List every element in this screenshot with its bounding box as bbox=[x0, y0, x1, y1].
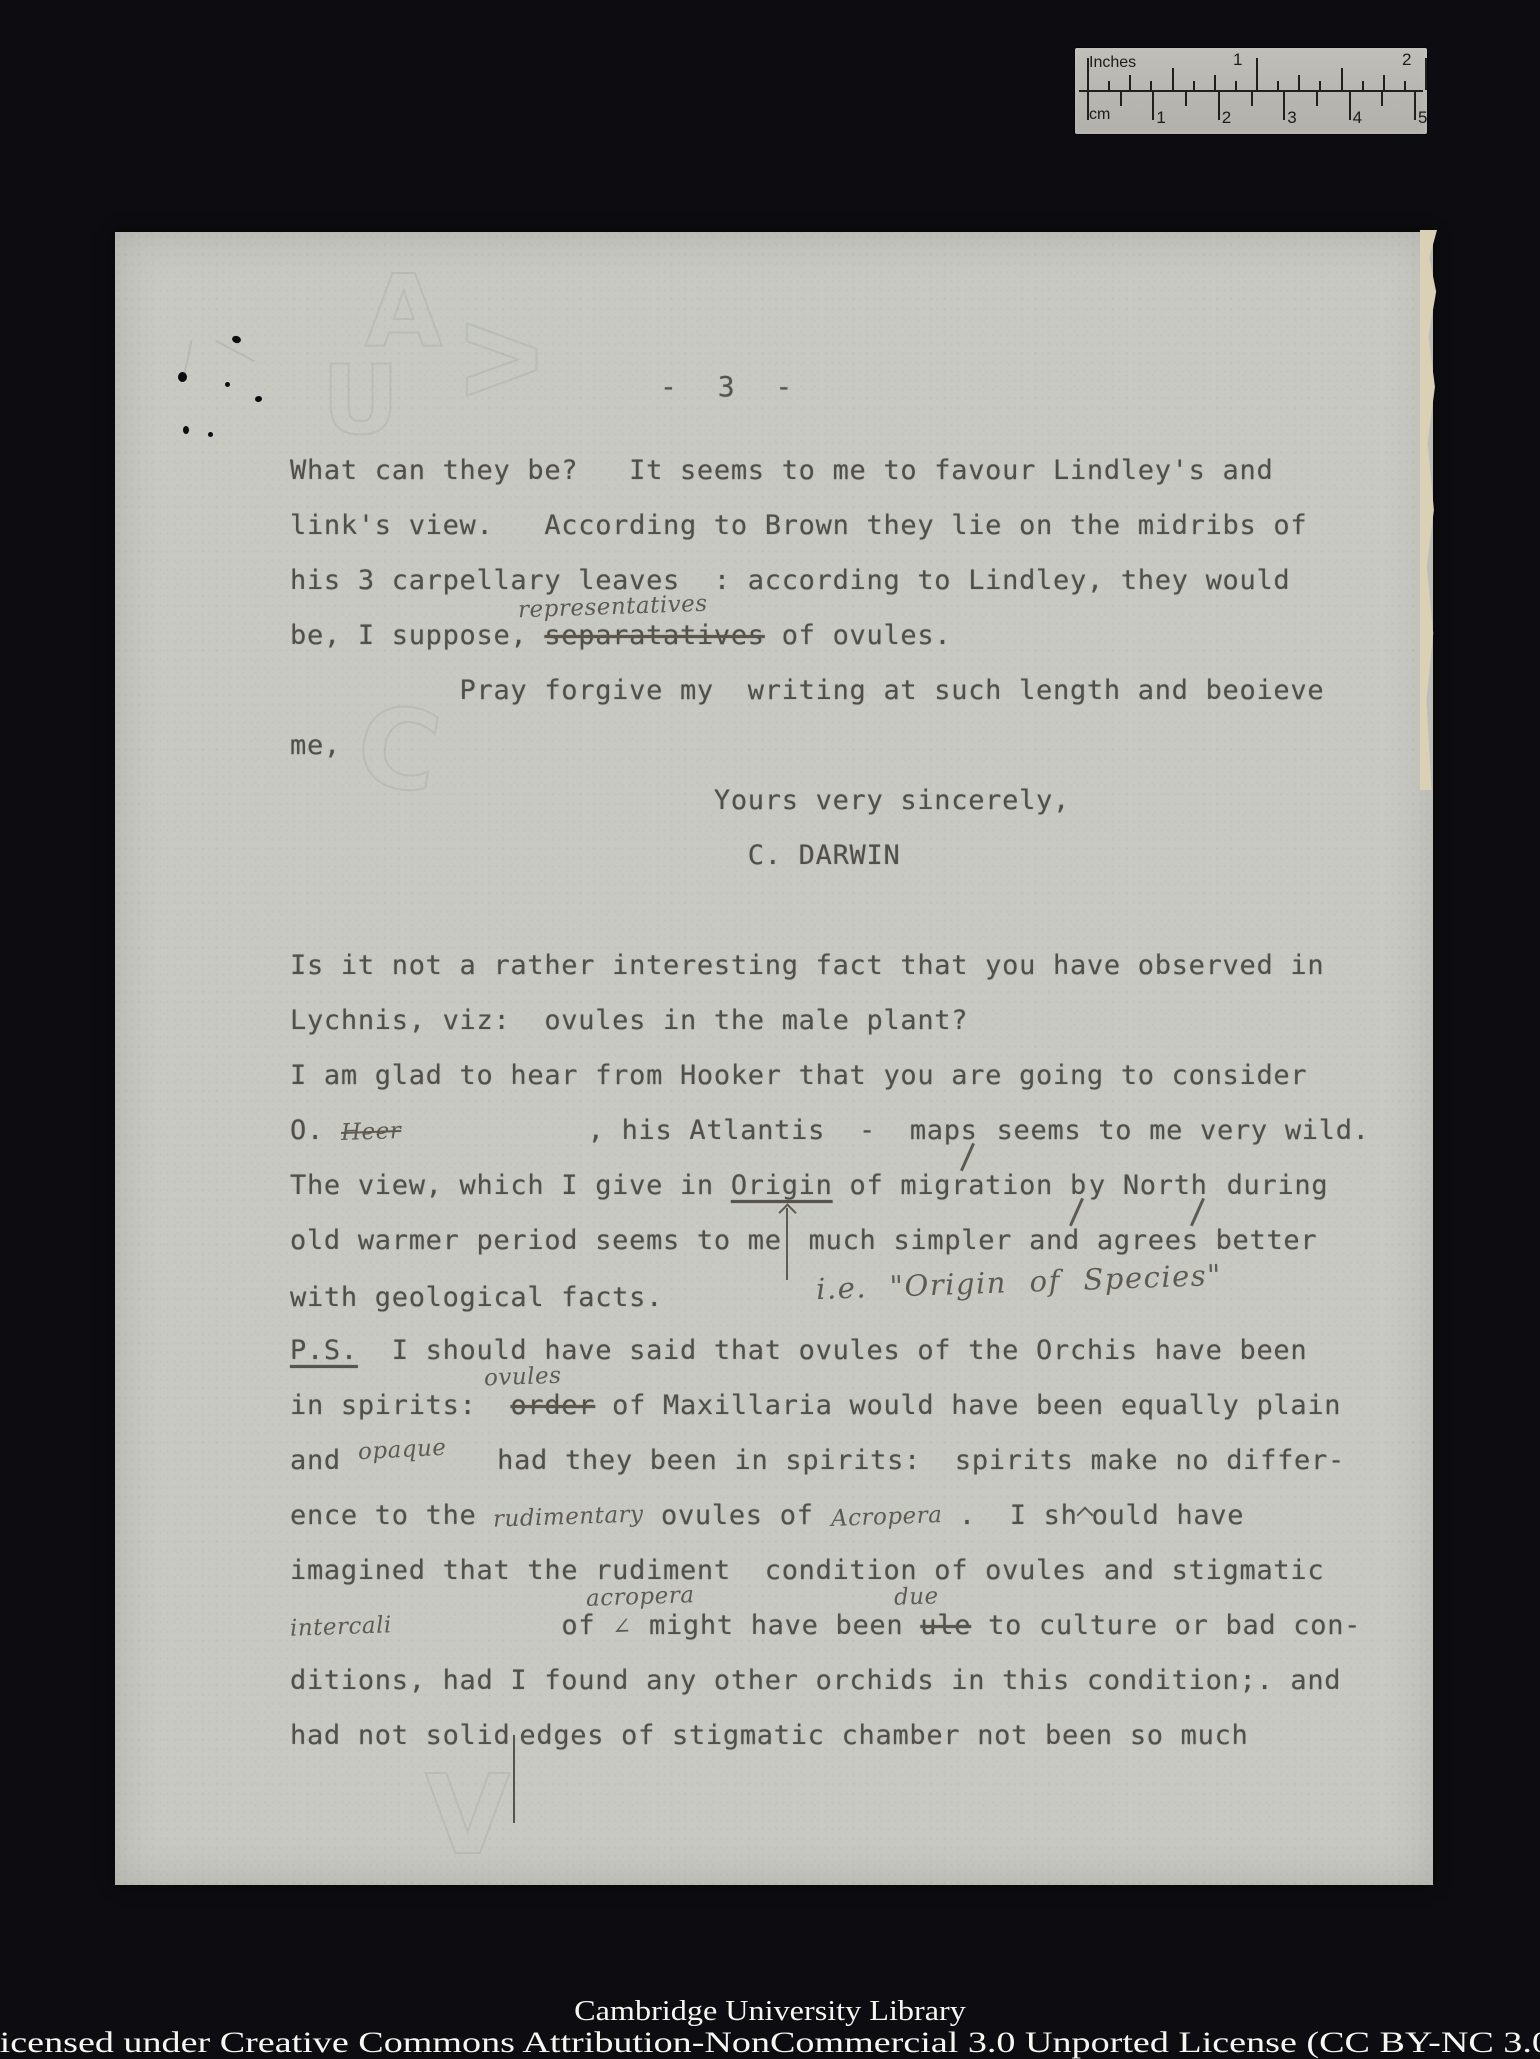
typed-text bbox=[663, 1282, 816, 1313]
ruler-tick bbox=[1341, 68, 1343, 90]
letter-line: link's view. According to Brown they lie… bbox=[290, 507, 1475, 562]
letter-line: me, bbox=[290, 727, 1475, 782]
page-number: - 3 - bbox=[660, 370, 804, 403]
letter-body: What can they be? It seems to me to favo… bbox=[290, 452, 1475, 1772]
ruler-tick bbox=[1108, 81, 1110, 90]
interlinear-annotation: acropera bbox=[586, 1577, 694, 1616]
letter-line: had not solidedges of stigmatic chamber … bbox=[290, 1717, 1475, 1772]
watermark-letter: V bbox=[425, 1760, 510, 1870]
annotation-over-word: separatativesrepresentatives bbox=[544, 617, 764, 655]
letter-line: Pray forgive my writing at such length a… bbox=[290, 672, 1475, 727]
ruler-tick bbox=[1172, 68, 1174, 90]
typed-text: The view, which I give in bbox=[290, 1170, 731, 1201]
hand-slash-mark bbox=[978, 1138, 980, 1139]
letter-line: What can they be? It seems to me to favo… bbox=[290, 452, 1475, 507]
interlinear-annotation: ovules bbox=[484, 1357, 561, 1396]
handwritten-annotation: representatives bbox=[518, 585, 709, 630]
typed-text: y North bbox=[1089, 1170, 1208, 1201]
ruler-tick bbox=[1235, 81, 1237, 90]
photo-background: Inches cm 1212345 AVUCV - 3 - What can t… bbox=[0, 0, 1540, 2059]
ruler-cm-number: 3 bbox=[1287, 108, 1296, 128]
ruler-tick bbox=[1087, 92, 1089, 120]
watermark-letter: V bbox=[457, 323, 552, 397]
typed-text: edges of stigmatic chamber not been so m… bbox=[519, 1720, 1248, 1751]
ruler-tick bbox=[1383, 75, 1385, 90]
typed-text: old warmer period seems to me bbox=[290, 1225, 782, 1256]
typed-text: of bbox=[392, 1610, 612, 1641]
typed-text: be, I suppose, bbox=[290, 620, 544, 651]
ruler-cm-label: cm bbox=[1089, 106, 1110, 124]
annotation-over-word: uledue bbox=[920, 1607, 971, 1645]
ruler-tick bbox=[1185, 92, 1187, 106]
ruler-cm-number: 5 bbox=[1418, 108, 1427, 128]
letter-line bbox=[290, 892, 1475, 947]
typed-text: during bbox=[1210, 1170, 1329, 1201]
typed-text: to culture or bad con- bbox=[971, 1610, 1361, 1641]
paper-crease bbox=[183, 340, 192, 374]
ruler-tick bbox=[1129, 75, 1131, 90]
document-page: AVUCV - 3 - What can they be? It seems t… bbox=[115, 232, 1433, 1885]
pin-hole bbox=[178, 372, 187, 382]
ruler-inches-label: Inches bbox=[1089, 54, 1136, 72]
typed-text: Pray forgive my writing at such length a… bbox=[290, 675, 1324, 706]
letter-line: ditions, had I found any other orchids i… bbox=[290, 1662, 1475, 1717]
ruler-tick bbox=[1152, 92, 1154, 120]
typed-text: ence to the bbox=[290, 1500, 493, 1531]
typed-text: C. DARWIN bbox=[290, 840, 900, 871]
ruler-tick bbox=[1277, 81, 1279, 90]
letter-line: Lychnis, viz: ovules in the male plant? bbox=[290, 1002, 1475, 1057]
pin-hole bbox=[254, 395, 262, 403]
ruler-cm-number: 4 bbox=[1353, 108, 1362, 128]
attribution-footer: Cambridge University Library Licensed un… bbox=[0, 1997, 1540, 2059]
typed-text: . I sh bbox=[942, 1500, 1078, 1531]
typed-text: Origin bbox=[731, 1170, 833, 1201]
letter-line: be, I suppose, separatativesrepresentati… bbox=[290, 617, 1475, 672]
ruler-tick bbox=[1218, 92, 1220, 120]
annotation-over-word: orderovules bbox=[510, 1387, 595, 1425]
typed-text: of migration b bbox=[833, 1170, 1087, 1201]
letter-line: with geological facts. i.e. "Origin of S… bbox=[290, 1277, 1475, 1332]
ruler-tick bbox=[1120, 92, 1122, 106]
hand-slash-mark bbox=[1208, 1193, 1210, 1194]
typed-text: O. bbox=[290, 1115, 341, 1146]
hand-slash-mark bbox=[1087, 1193, 1089, 1194]
typed-text: ovules of bbox=[644, 1500, 831, 1531]
typed-text: P.S. bbox=[290, 1335, 358, 1366]
typed-text: me, bbox=[290, 730, 341, 761]
letter-line: and opaque had they been in spirits: spi… bbox=[290, 1442, 1475, 1497]
typed-text: ould have bbox=[1092, 1500, 1245, 1531]
typed-text: I am glad to hear from Hooker that you a… bbox=[290, 1060, 1307, 1091]
typed-text: much simpler and agrees better bbox=[792, 1225, 1318, 1256]
letter-line: Yours very sincerely, bbox=[290, 782, 1475, 837]
pin-hole bbox=[183, 426, 189, 434]
typed-text: his 3 carpellary leaves : according to L… bbox=[290, 565, 1290, 596]
pin-hole bbox=[231, 335, 242, 344]
letter-line: Is it not a rather interesting fact that… bbox=[290, 947, 1475, 1002]
handwritten-annotation: Heer bbox=[340, 1112, 402, 1152]
letter-line: imagined that the rudiment condition of … bbox=[290, 1552, 1475, 1607]
typed-text: had they been in spirits: spirits make n… bbox=[446, 1445, 1345, 1476]
typed-text: of Maxillaria would have been equally pl… bbox=[595, 1390, 1341, 1421]
handwritten-annotation: intercali bbox=[289, 1606, 392, 1648]
hand-caret-mark bbox=[1078, 1523, 1092, 1524]
handwritten-annotation: rudimentary bbox=[493, 1495, 645, 1538]
letter-line: P.S. I should have said that ovules of t… bbox=[290, 1332, 1475, 1387]
interlinear-annotation: due bbox=[894, 1577, 939, 1616]
typed-text: Is it not a rather interesting fact that… bbox=[290, 950, 1324, 981]
letter-line: intercali of ∠acropera might have been u… bbox=[290, 1607, 1475, 1662]
typed-text: and bbox=[290, 1445, 358, 1476]
typed-text: of ovules. bbox=[765, 620, 952, 651]
typed-text: What can they be? It seems to me to favo… bbox=[290, 455, 1273, 486]
license-text: Licensed under Creative Commons Attribut… bbox=[0, 2027, 1540, 2059]
handwritten-annotation: ovules bbox=[484, 1357, 563, 1398]
typed-text: imagined that the rudiment condition of … bbox=[290, 1555, 1324, 1586]
ruler-tick bbox=[1414, 92, 1416, 120]
ruler-tick bbox=[1193, 81, 1195, 90]
ruler-tick bbox=[1319, 81, 1321, 90]
ruler-tick bbox=[1298, 75, 1300, 90]
letter-line: I am glad to hear from Hooker that you a… bbox=[290, 1057, 1475, 1112]
typed-text: Yours very sincerely, bbox=[290, 785, 1070, 816]
annotation-over-word: ∠acropera bbox=[612, 1607, 632, 1646]
ruler-inch-number: 1 bbox=[1233, 50, 1242, 70]
handwritten-annotation: Acropera bbox=[830, 1496, 943, 1538]
ruler-tick bbox=[1283, 92, 1285, 120]
ruler-cm-number: 1 bbox=[1156, 108, 1165, 128]
typed-text: ditions, had I found any other orchids i… bbox=[290, 1665, 1341, 1696]
interlinear-annotation: representatives bbox=[518, 587, 708, 626]
ruler-tick bbox=[1349, 92, 1351, 120]
typed-text: , his Atlantis - maps bbox=[401, 1115, 977, 1146]
ruler: Inches cm 1212345 bbox=[1075, 48, 1427, 134]
handwritten-annotation: opaque bbox=[357, 1429, 447, 1472]
ruler-cm-number: 2 bbox=[1222, 108, 1231, 128]
handwritten-annotation: acropera bbox=[586, 1576, 696, 1618]
ruler-tick bbox=[1214, 75, 1216, 90]
letter-line: C. DARWIN bbox=[290, 837, 1475, 892]
ruler-tick bbox=[1425, 58, 1427, 90]
typed-text: Lychnis, viz: ovules in the male plant? bbox=[290, 1005, 968, 1036]
typed-text: seems to me very wild. bbox=[980, 1115, 1370, 1146]
typed-text: in spirits: bbox=[290, 1390, 510, 1421]
letter-line: ence to the rudimentary ovules of Acrope… bbox=[290, 1497, 1475, 1552]
ruler-tick bbox=[1251, 92, 1253, 106]
ruler-tick bbox=[1381, 92, 1383, 106]
letter-line: O. Heer , his Atlantis - maps seems to m… bbox=[290, 1112, 1475, 1167]
typed-text: link's view. According to Brown they lie… bbox=[290, 510, 1307, 541]
ruler-inch-number: 2 bbox=[1402, 50, 1411, 70]
ruler-tick bbox=[1404, 81, 1406, 90]
pin-hole bbox=[225, 382, 230, 387]
hand-arrow-up-icon bbox=[782, 1248, 792, 1249]
pin-hole bbox=[208, 432, 213, 437]
typed-text: with geological facts. bbox=[290, 1282, 663, 1313]
ruler-tick bbox=[1316, 92, 1318, 106]
ruler-tick bbox=[1256, 58, 1258, 90]
handwritten-annotation: due bbox=[894, 1577, 940, 1617]
ruler-tick bbox=[1150, 81, 1152, 90]
library-name: Cambridge University Library bbox=[0, 1997, 1540, 2027]
pen-vertical-line bbox=[510, 1743, 519, 1744]
letter-line: his 3 carpellary leaves : according to L… bbox=[290, 562, 1475, 617]
letter-line: in spirits: orderovules of Maxillaria wo… bbox=[290, 1387, 1475, 1442]
ruler-tick bbox=[1362, 81, 1364, 90]
ruler-tick bbox=[1087, 58, 1089, 90]
paper-crease bbox=[215, 340, 255, 362]
watermark-letter: U bbox=[322, 354, 399, 449]
letter-line: The view, which I give in Origin of migr… bbox=[290, 1167, 1475, 1222]
typed-text: had not solid bbox=[290, 1720, 510, 1751]
